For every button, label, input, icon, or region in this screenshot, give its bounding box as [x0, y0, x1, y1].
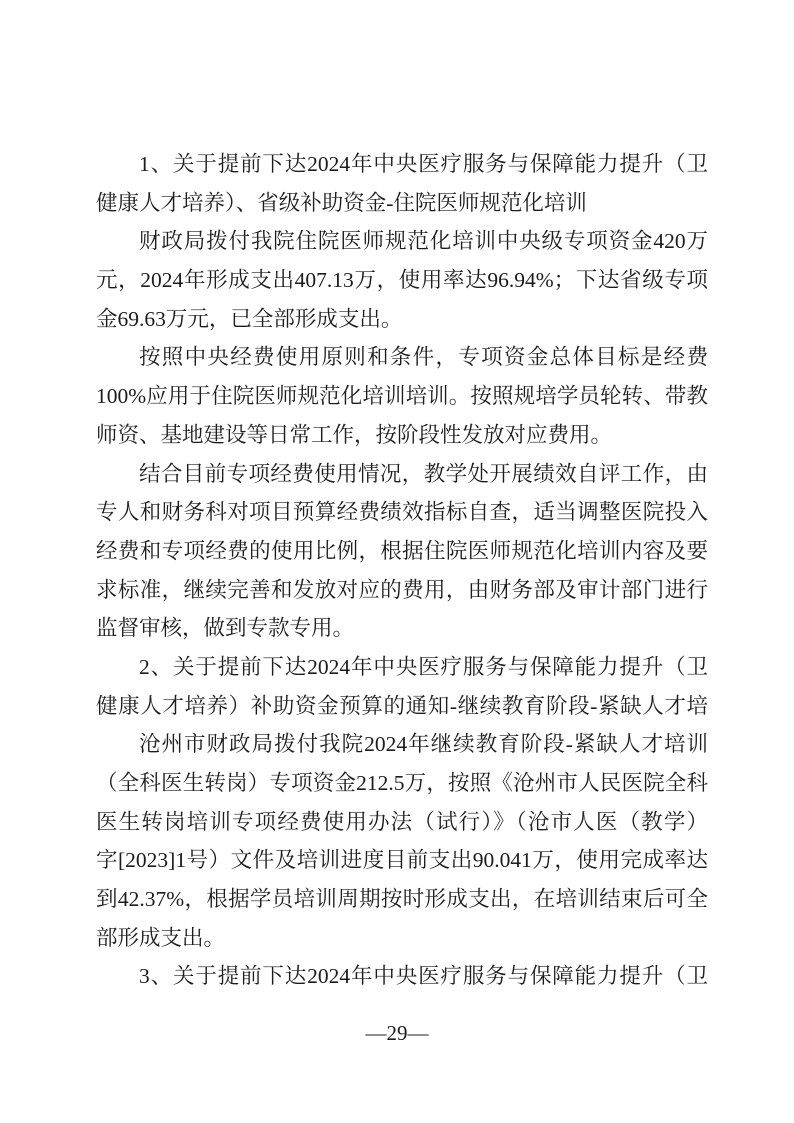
text-line: 结合目前专项经费使用情况，教学处开展绩效自评工作，由 [96, 455, 708, 494]
text-line: 经费和专项经费的使用比例，根据住院医师规范化培训内容及要 [96, 532, 708, 571]
text-line: 字[2023]1号）文件及培训进度目前支出90.041万，使用完成率达 [96, 841, 708, 880]
text-line: 到42.37%，根据学员培训周期按时形成支出，在培训结束后可全 [96, 880, 708, 919]
text-line: 3、关于提前下达2024年中央医疗服务与保障能力提升（卫生 [96, 957, 708, 996]
text-line: 按照中央经费使用原则和条件，专项资金总体目标是经费 [96, 338, 708, 377]
document-body-text: 1、关于提前下达2024年中央医疗服务与保障能力提升（卫生 健康人才培养）、省级… [96, 145, 708, 996]
text-line: 元，2024年形成支出407.13万，使用率达96.94%；下达省级专项资 [96, 261, 708, 300]
text-line: 财政局拨付我院住院医师规范化培训中央级专项资金420万 [96, 222, 708, 261]
text-line: 1、关于提前下达2024年中央医疗服务与保障能力提升（卫生 [96, 145, 708, 184]
text-line: 专人和财务科对项目预算经费绩效指标自查，适当调整医院投入 [96, 493, 708, 532]
text-line: 100%应用于住院医师规范化培训培训。按照规培学员轮转、带教 [96, 377, 708, 416]
text-line: 健康人才培养）、省级补助资金-住院医师规范化培训 [96, 184, 708, 223]
text-line: 金69.63万元，已全部形成支出。 [96, 300, 708, 339]
text-line: 2、关于提前下达2024年中央医疗服务与保障能力提升（卫生 [96, 648, 708, 687]
text-line: 医生转岗培训专项经费使用办法（试行）》（沧市人医（教学） [96, 803, 708, 842]
text-line: 监督审核，做到专款专用。 [96, 609, 708, 648]
text-line: 部形成支出。 [96, 919, 708, 958]
text-line: （全科医生转岗）专项资金212.5万，按照《沧州市人民医院全科 [96, 764, 708, 803]
page-number: —29— [0, 1021, 794, 1045]
text-line: 求标准，继续完善和发放对应的费用，由财务部及审计部门进行 [96, 571, 708, 610]
text-line: 健康人才培养）补助资金预算的通知-继续教育阶段-紧缺人才培训 [96, 687, 708, 726]
text-line: 沧州市财政局拨付我院2024年继续教育阶段-紧缺人才培训 [96, 725, 708, 764]
text-line: 师资、基地建设等日常工作，按阶段性发放对应费用。 [96, 416, 708, 455]
document-page: 1、关于提前下达2024年中央医疗服务与保障能力提升（卫生 健康人才培养）、省级… [0, 0, 794, 1123]
